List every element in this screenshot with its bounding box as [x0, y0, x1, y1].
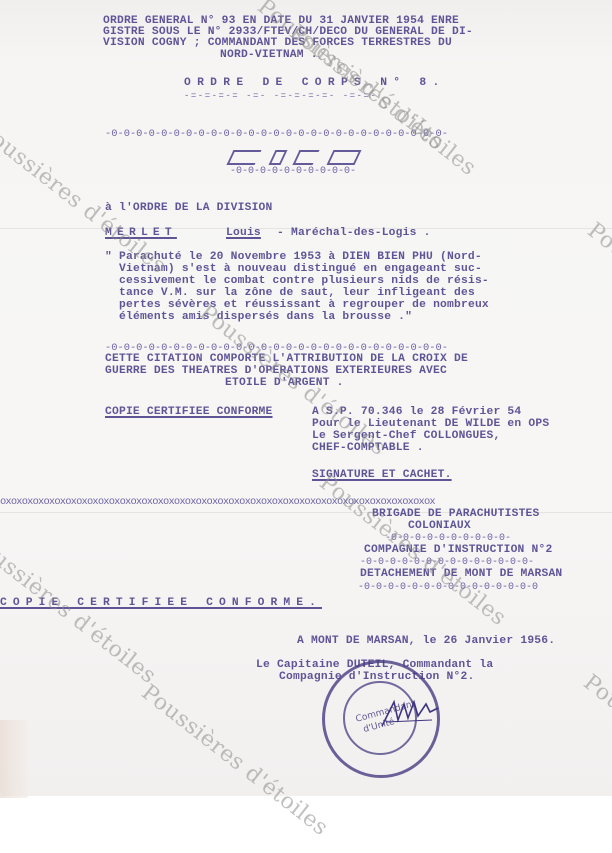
ordre-de-corps-title: ORDRE DE CORPS N° 8.	[184, 78, 446, 89]
cite-underline: -0-0-0-0-0-0-0-0-0-0-	[230, 166, 356, 177]
place-date: A MONT DE MARSAN, le 26 Janvier 1956.	[297, 636, 555, 647]
citation-line: cessivement le combat contre plusieurs n…	[119, 276, 489, 287]
unit-line: BRIGADE DE PARACHUTISTES	[372, 509, 540, 520]
citation-line: tance V.M. sur la zône de saut, leur inf…	[119, 288, 475, 299]
cite-title	[226, 150, 360, 162]
ordre-de-corps-underline: -=-=-=-= -=- -=-=-=-=- -=-=-	[184, 91, 377, 102]
order-level: à l'ORDRE DE LA DIVISION	[105, 203, 273, 214]
recipient-rank: - Maréchal-des-Logis .	[277, 228, 431, 239]
certified-copy-label: COPIE CERTIFIEE CONFORME	[105, 407, 273, 418]
recipient-first-name: Louis	[226, 228, 261, 239]
citation-line: éléments amis dispersés dans la brousse …	[119, 312, 412, 323]
citation-line: pertes sévères et réussissant à regroupe…	[119, 300, 489, 311]
separator-line: -0-0-0-0-0-0-0-0-0-0-0-0-0-0-0-0-0-0-0-0…	[105, 129, 448, 140]
handwritten-signature	[380, 698, 440, 730]
header-line: VISION COGNY ; COMMANDANT DES FORCES TER…	[103, 38, 452, 49]
unit-line: COLONIAUX	[408, 521, 471, 532]
citation-line: Vietnam) s'est à nouveau distingué en en…	[119, 264, 482, 275]
